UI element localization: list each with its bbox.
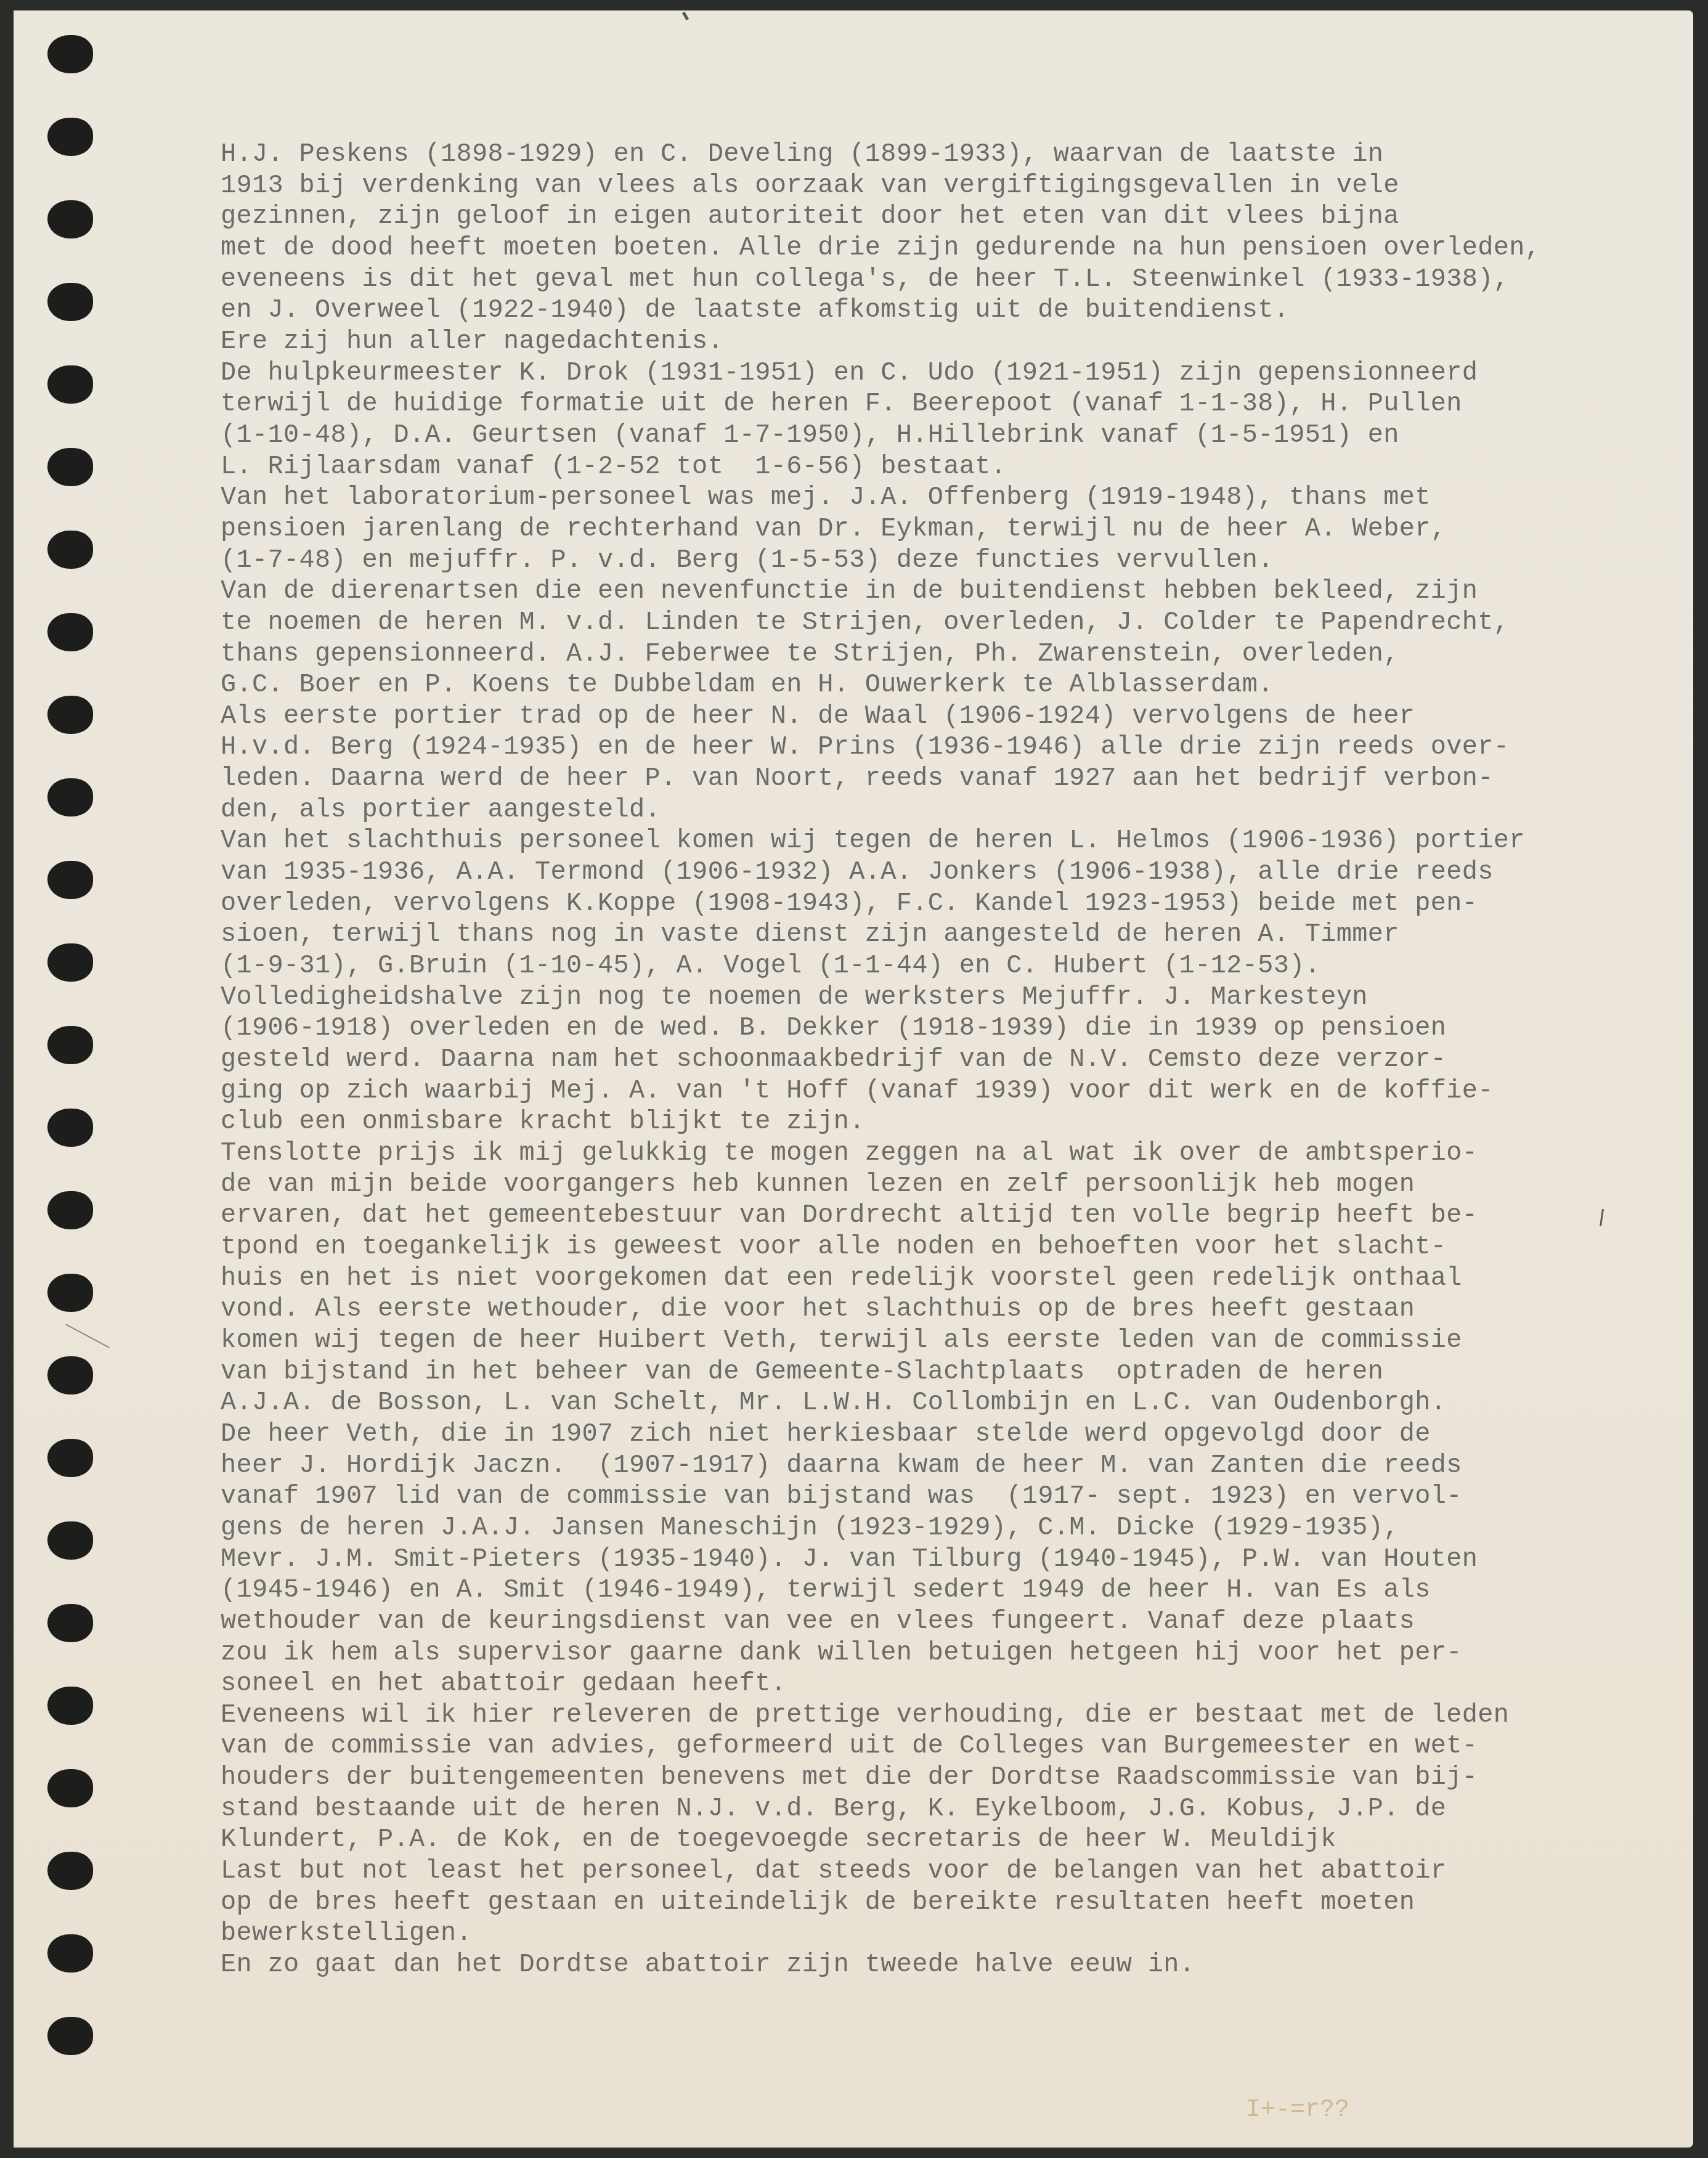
punch-hole	[47, 1274, 93, 1312]
text-line: 1913 bij verdenking van vlees als oorzaa…	[221, 170, 1656, 202]
text-line: De heer Veth, die in 1907 zich niet herk…	[221, 1419, 1656, 1450]
punch-hole-column	[14, 10, 112, 2148]
text-line: club een onmisbare kracht blijkt te zijn…	[221, 1106, 1656, 1138]
bleed-through-stain: I+-=r??	[1246, 2096, 1349, 2124]
text-line: op de bres heeft gestaan en uiteindelijk…	[221, 1887, 1656, 1918]
punch-hole	[47, 1439, 93, 1477]
punch-hole	[47, 696, 93, 734]
punch-hole	[47, 200, 93, 238]
text-line: A.J.A. de Bosson, L. van Schelt, Mr. L.W…	[221, 1387, 1656, 1419]
text-line: gezinnen, zijn geloof in eigen autoritei…	[221, 201, 1656, 232]
text-line: En zo gaat dan het Dordtse abattoir zijn…	[221, 1949, 1656, 1981]
text-line: ging op zich waarbij Mej. A. van 't Hoff…	[221, 1075, 1656, 1107]
text-line: terwijl de huidige formatie uit de heren…	[221, 388, 1656, 420]
text-line: G.C. Boer en P. Koens te Dubbeldam en H.…	[221, 669, 1656, 701]
text-line: huis en het is niet voorgekomen dat een …	[221, 1263, 1656, 1294]
top-edge-tick-mark	[682, 12, 689, 21]
text-line: van bijstand in het beheer van de Gemeen…	[221, 1356, 1656, 1388]
text-line: en J. Overweel (1922-1940) de laatste af…	[221, 295, 1656, 326]
text-line: Klundert, P.A. de Kok, en de toegevoegde…	[221, 1824, 1656, 1855]
punch-hole	[47, 613, 93, 651]
text-line: zou ik hem als supervisor gaarne dank wi…	[221, 1637, 1656, 1669]
text-line: te noemen de heren M. v.d. Linden te Str…	[221, 607, 1656, 638]
punch-hole	[47, 531, 93, 569]
punch-hole	[47, 365, 93, 404]
text-line: Als eerste portier trad op de heer N. de…	[221, 701, 1656, 732]
text-line: gens de heren J.A.J. Jansen Maneschijn (…	[221, 1512, 1656, 1544]
punch-hole	[47, 1934, 93, 1973]
text-line: de van mijn beide voorgangers heb kunnen…	[221, 1169, 1656, 1200]
text-line: van de commissie van advies, geformeerd …	[221, 1730, 1656, 1762]
text-line: komen wij tegen de heer Huibert Veth, te…	[221, 1325, 1656, 1356]
text-line: sioen, terwijl thans nog in vaste dienst…	[221, 919, 1656, 950]
punch-hole	[47, 861, 93, 899]
punch-hole	[47, 118, 93, 156]
punch-hole	[47, 1687, 93, 1725]
text-line: met de dood heeft moeten boeten. Alle dr…	[221, 232, 1656, 264]
text-line: vanaf 1907 lid van de commissie van bijs…	[221, 1481, 1656, 1512]
text-line: ervaren, dat het gemeentebestuur van Dor…	[221, 1200, 1656, 1231]
text-line: Mevr. J.M. Smit-Pieters (1935-1940). J. …	[221, 1544, 1656, 1575]
punch-hole	[47, 1191, 93, 1229]
text-line: thans gepensionneerd. A.J. Feberwee te S…	[221, 638, 1656, 670]
text-line: houders der buitengemeenten benevens met…	[221, 1762, 1656, 1793]
text-line: Van het laboratorium-personeel was mej. …	[221, 482, 1656, 513]
text-line: L. Rijlaarsdam vanaf (1-2-52 tot 1-6-56)…	[221, 451, 1656, 482]
text-line: Van de dierenartsen die een nevenfunctie…	[221, 576, 1656, 607]
text-line: (1-10-48), D.A. Geurtsen (vanaf 1-7-1950…	[221, 420, 1656, 451]
punch-hole	[47, 1604, 93, 1642]
text-line: eveneens is dit het geval met hun colleg…	[221, 264, 1656, 295]
text-line: gesteld werd. Daarna nam het schoonmaakb…	[221, 1044, 1656, 1075]
text-line: Eveneens wil ik hier releveren de pretti…	[221, 1700, 1656, 1731]
punch-hole	[47, 2017, 93, 2055]
punch-hole	[47, 283, 93, 321]
text-line: den, als portier aangesteld.	[221, 794, 1656, 826]
text-line: heer J. Hordijk Jaczn. (1907-1917) daarn…	[221, 1450, 1656, 1481]
text-line: leden. Daarna werd de heer P. van Noort,…	[221, 763, 1656, 794]
text-line: Volledigheidshalve zijn nog te noemen de…	[221, 982, 1656, 1013]
text-line: wethouder van de keuringsdienst van vee …	[221, 1606, 1656, 1637]
text-line: H.J. Peskens (1898-1929) en C. Develing …	[221, 139, 1656, 170]
text-line: De hulpkeurmeester K. Drok (1931-1951) e…	[221, 357, 1656, 389]
text-line: Tenslotte prijs ik mij gelukkig te mogen…	[221, 1138, 1656, 1169]
text-line: (1945-1946) en A. Smit (1946-1949), terw…	[221, 1574, 1656, 1606]
punch-hole	[47, 35, 93, 73]
punch-hole	[47, 1356, 93, 1395]
punch-hole	[47, 448, 93, 486]
text-line: tpond en toegankelijk is geweest voor al…	[221, 1231, 1656, 1263]
text-line: (1906-1918) overleden en de wed. B. Dekk…	[221, 1012, 1656, 1044]
text-line: pensioen jarenlang de rechterhand van Dr…	[221, 513, 1656, 545]
punch-hole	[47, 1769, 93, 1807]
text-line: soneel en het abattoir gedaan heeft.	[221, 1668, 1656, 1700]
punch-hole	[47, 1109, 93, 1147]
punch-hole	[47, 1521, 93, 1560]
text-line: bewerkstelligen.	[221, 1918, 1656, 1949]
text-line: Van het slachthuis personeel komen wij t…	[221, 825, 1656, 857]
text-line: vond. Als eerste wethouder, die voor het…	[221, 1293, 1656, 1325]
text-line: Ere zij hun aller nagedachtenis.	[221, 326, 1656, 357]
text-line: Last but not least het personeel, dat st…	[221, 1855, 1656, 1887]
typewritten-page: H.J. Peskens (1898-1929) en C. Develing …	[14, 10, 1693, 2148]
text-line: overleden, vervolgens K.Koppe (1908-1943…	[221, 888, 1656, 919]
text-line: van 1935-1936, A.A. Termond (1906-1932) …	[221, 857, 1656, 888]
text-line: (1-9-31), G.Bruin (1-10-45), A. Vogel (1…	[221, 950, 1656, 982]
text-line: (1-7-48) en mejuffr. P. v.d. Berg (1-5-5…	[221, 545, 1656, 576]
punch-hole	[47, 778, 93, 816]
punch-hole	[47, 943, 93, 982]
text-line: stand bestaande uit de heren N.J. v.d. B…	[221, 1793, 1656, 1825]
punch-hole	[47, 1852, 93, 1890]
punch-hole	[47, 1026, 93, 1064]
typewritten-text-body: H.J. Peskens (1898-1929) en C. Develing …	[221, 139, 1656, 1981]
text-line: H.v.d. Berg (1924-1935) en de heer W. Pr…	[221, 731, 1656, 763]
